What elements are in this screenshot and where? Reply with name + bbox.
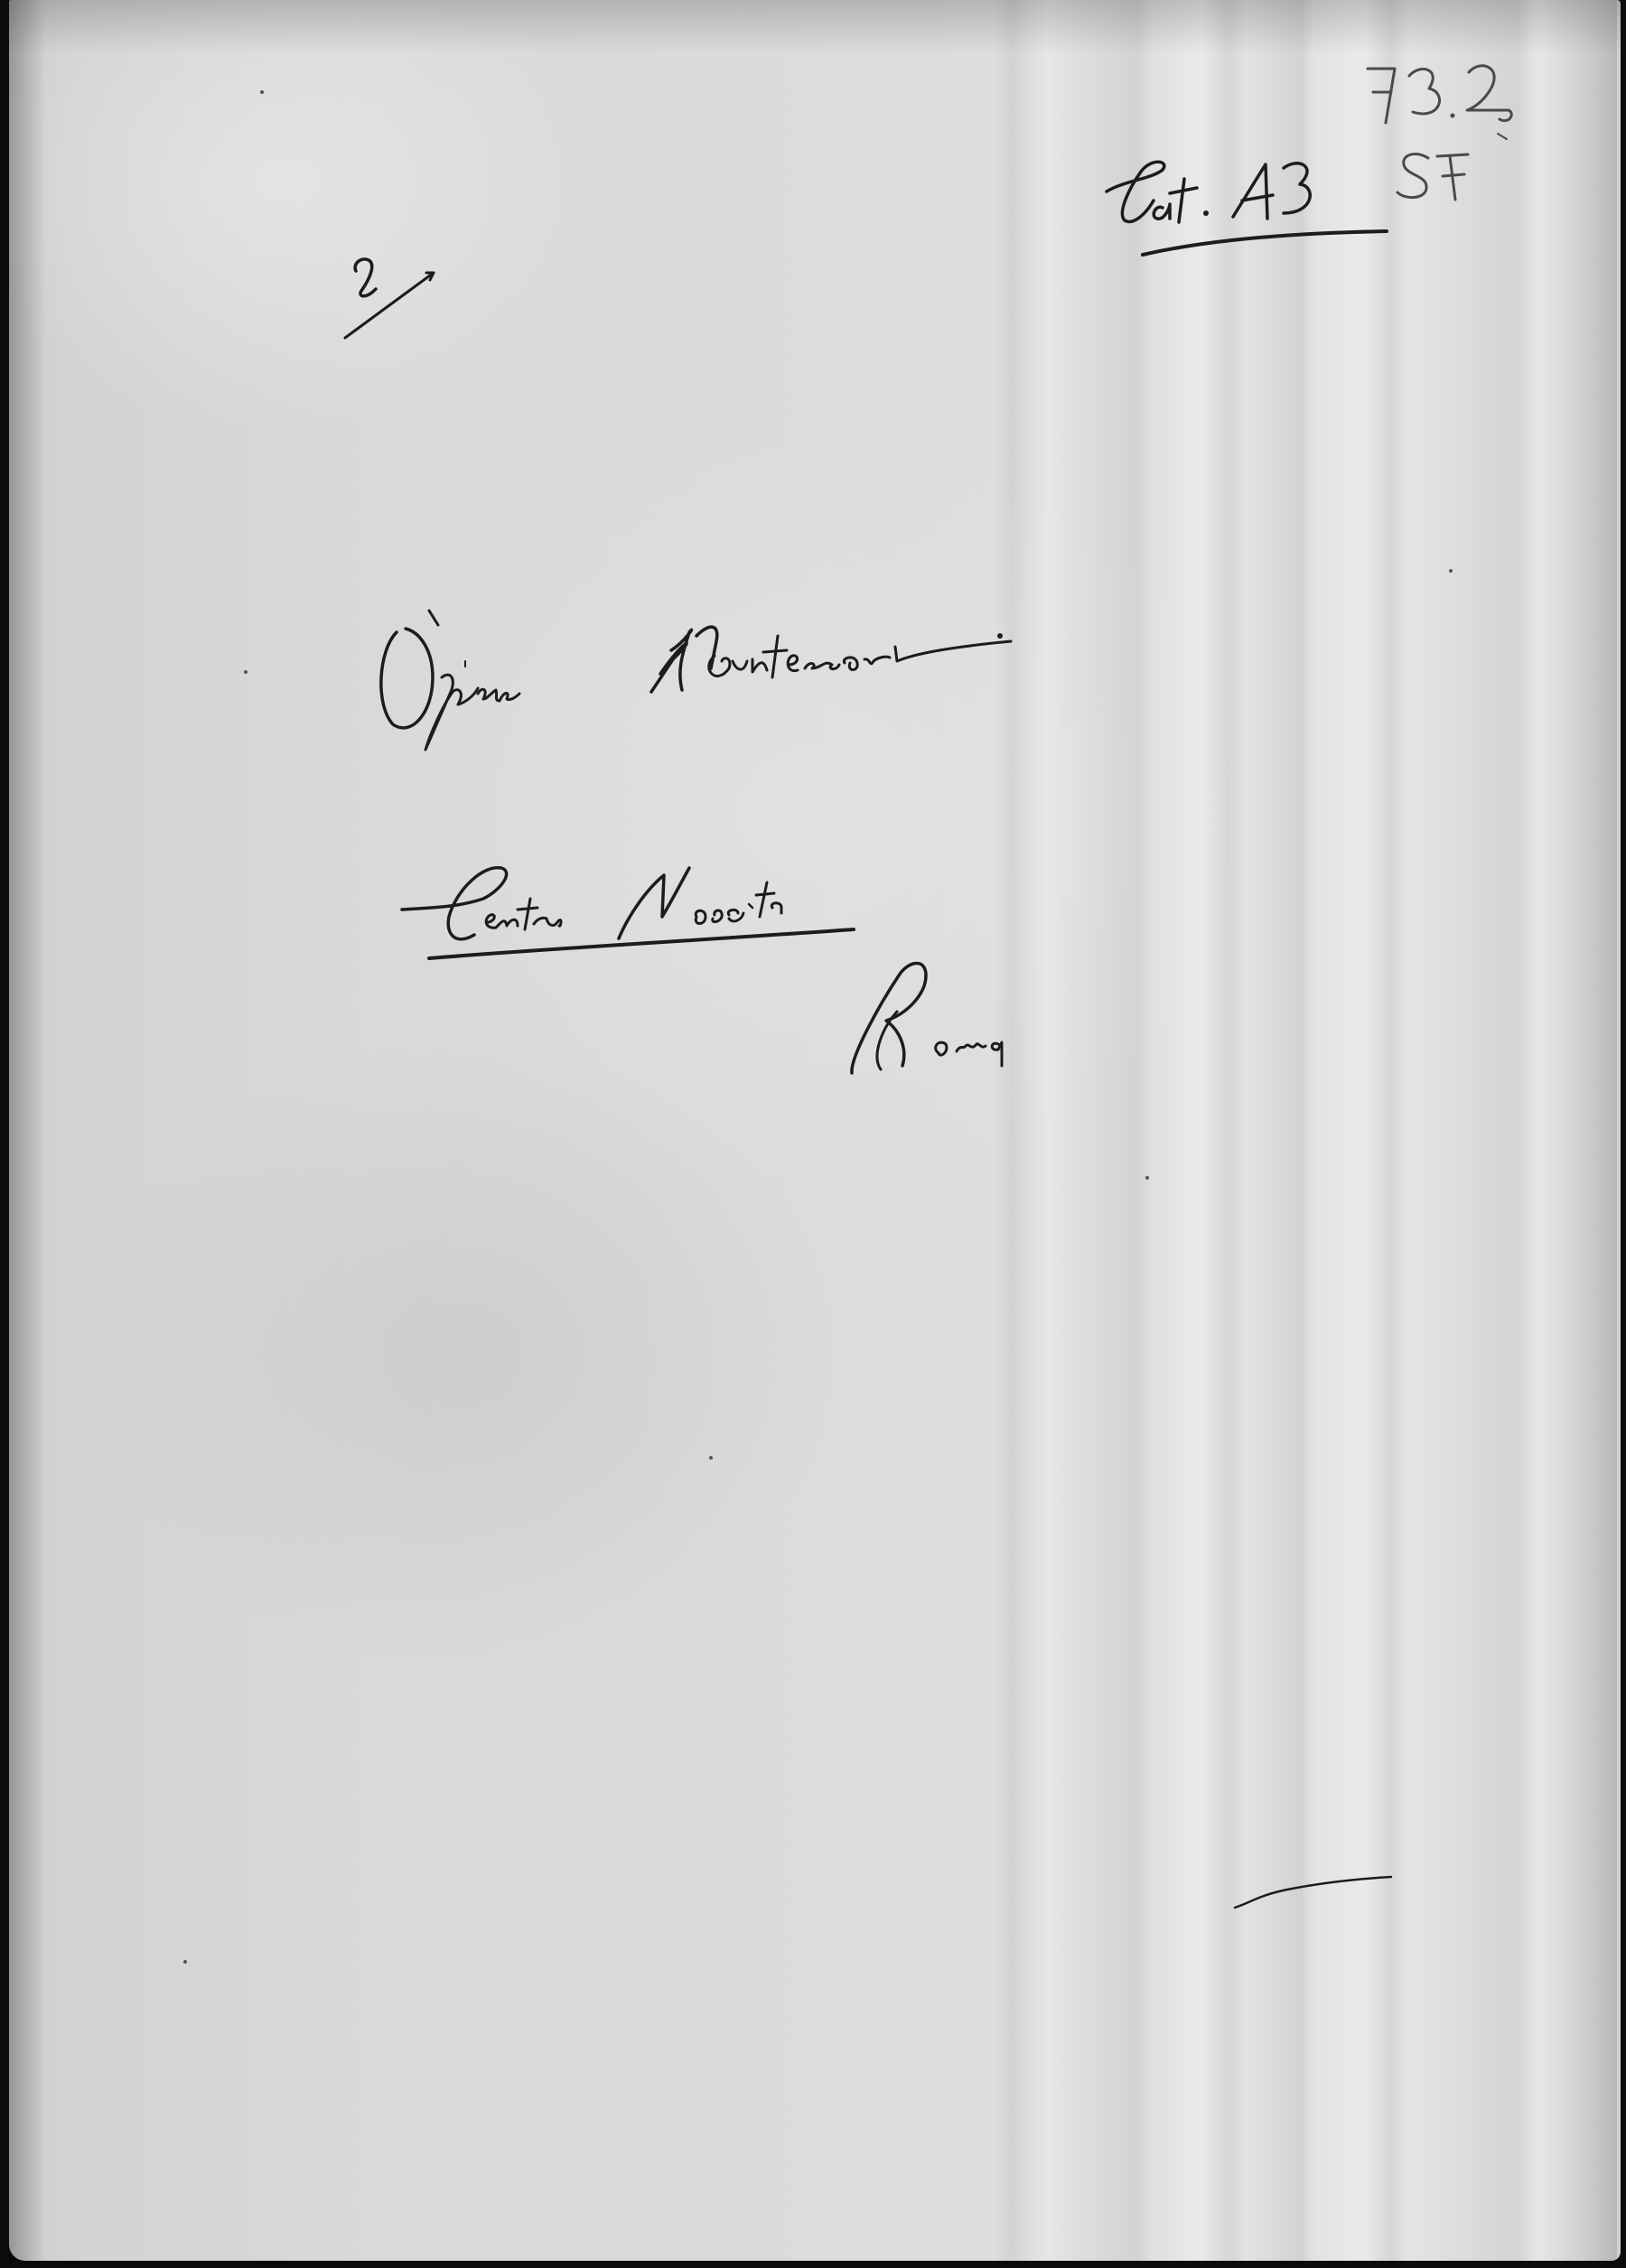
paper-fold-stripes (994, 0, 1617, 2261)
pen-stroke-icon (1233, 1870, 1396, 1915)
catalog-label: Cat. A3 (1107, 154, 1414, 262)
handwritten-2-slash-icon (343, 253, 452, 343)
left-edge-shadow (9, 0, 45, 2261)
page-number-mark: 2/ (343, 253, 452, 343)
paper-speck (709, 1456, 713, 1460)
title-line-2: Centro Nascita (402, 863, 944, 966)
archive-code: SF (1396, 149, 1486, 212)
handwritten-cat-a3-icon (1107, 154, 1414, 262)
paper-speck (244, 670, 248, 674)
top-edge-shade (9, 0, 1621, 54)
paper-speck (1449, 569, 1453, 573)
handwritten-roma-icon (845, 957, 1043, 1084)
title-line-1: Òpera Montessori (375, 605, 1025, 759)
handwritten-centro-nascita-icon (402, 863, 944, 966)
stray-pen-stroke (1233, 1870, 1396, 1915)
handwritten-73-2-icon (1364, 56, 1527, 146)
paper-speck (260, 90, 264, 94)
paper-speck (183, 1960, 187, 1964)
handwritten-opera-montessori-icon (375, 605, 1025, 759)
location-label: Roma (845, 957, 1043, 1084)
archive-reference-number: 73.2 (1364, 56, 1527, 146)
paper-speck (1145, 1176, 1149, 1180)
handwritten-sf-icon (1396, 149, 1486, 212)
